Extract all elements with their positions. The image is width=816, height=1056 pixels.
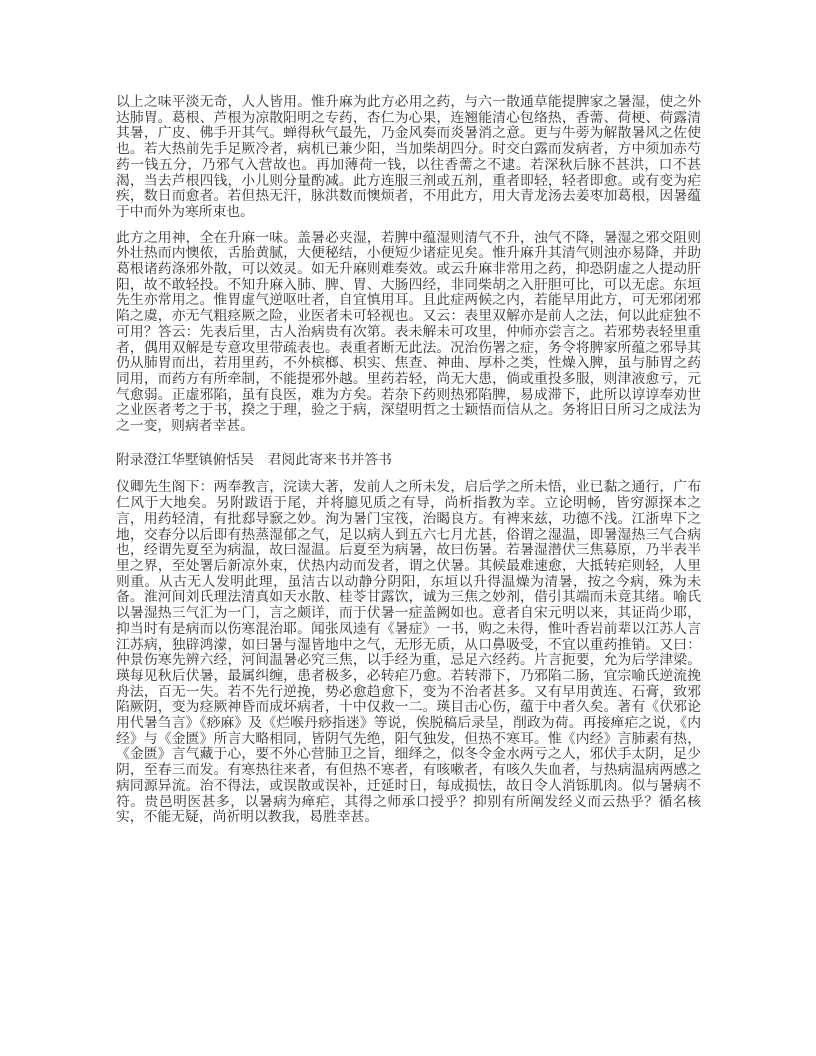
- paragraph-1: 以上之味平淡无奇，人人皆用。惟升麻为此方必用之药，与六一散通草能提脾家之暑湿，使…: [116, 94, 701, 220]
- letter-paragraph: 仪卿先生阁下：两奉教言，浣读大著，发前人之所未发，启后学之所未悟，业已黏之通行，…: [116, 479, 701, 824]
- document-text-block: 以上之味平淡无奇，人人皆用。惟升麻为此方必用之药，与六一散通草能提脾家之暑湿，使…: [116, 94, 701, 825]
- paragraph-2: 此方之用神，全在升麻一味。盖暑必夹湿，若脾中蕴湿则清气不升，浊气不降，暑湿之邪交…: [116, 230, 701, 434]
- appendix-heading: 附录澄江华墅镇俯恬吴 君阅此寄来书并答书: [116, 452, 701, 468]
- document-page: 以上之味平淡无奇，人人皆用。惟升麻为此方必用之药，与六一散通草能提脾家之暑湿，使…: [0, 0, 816, 1056]
